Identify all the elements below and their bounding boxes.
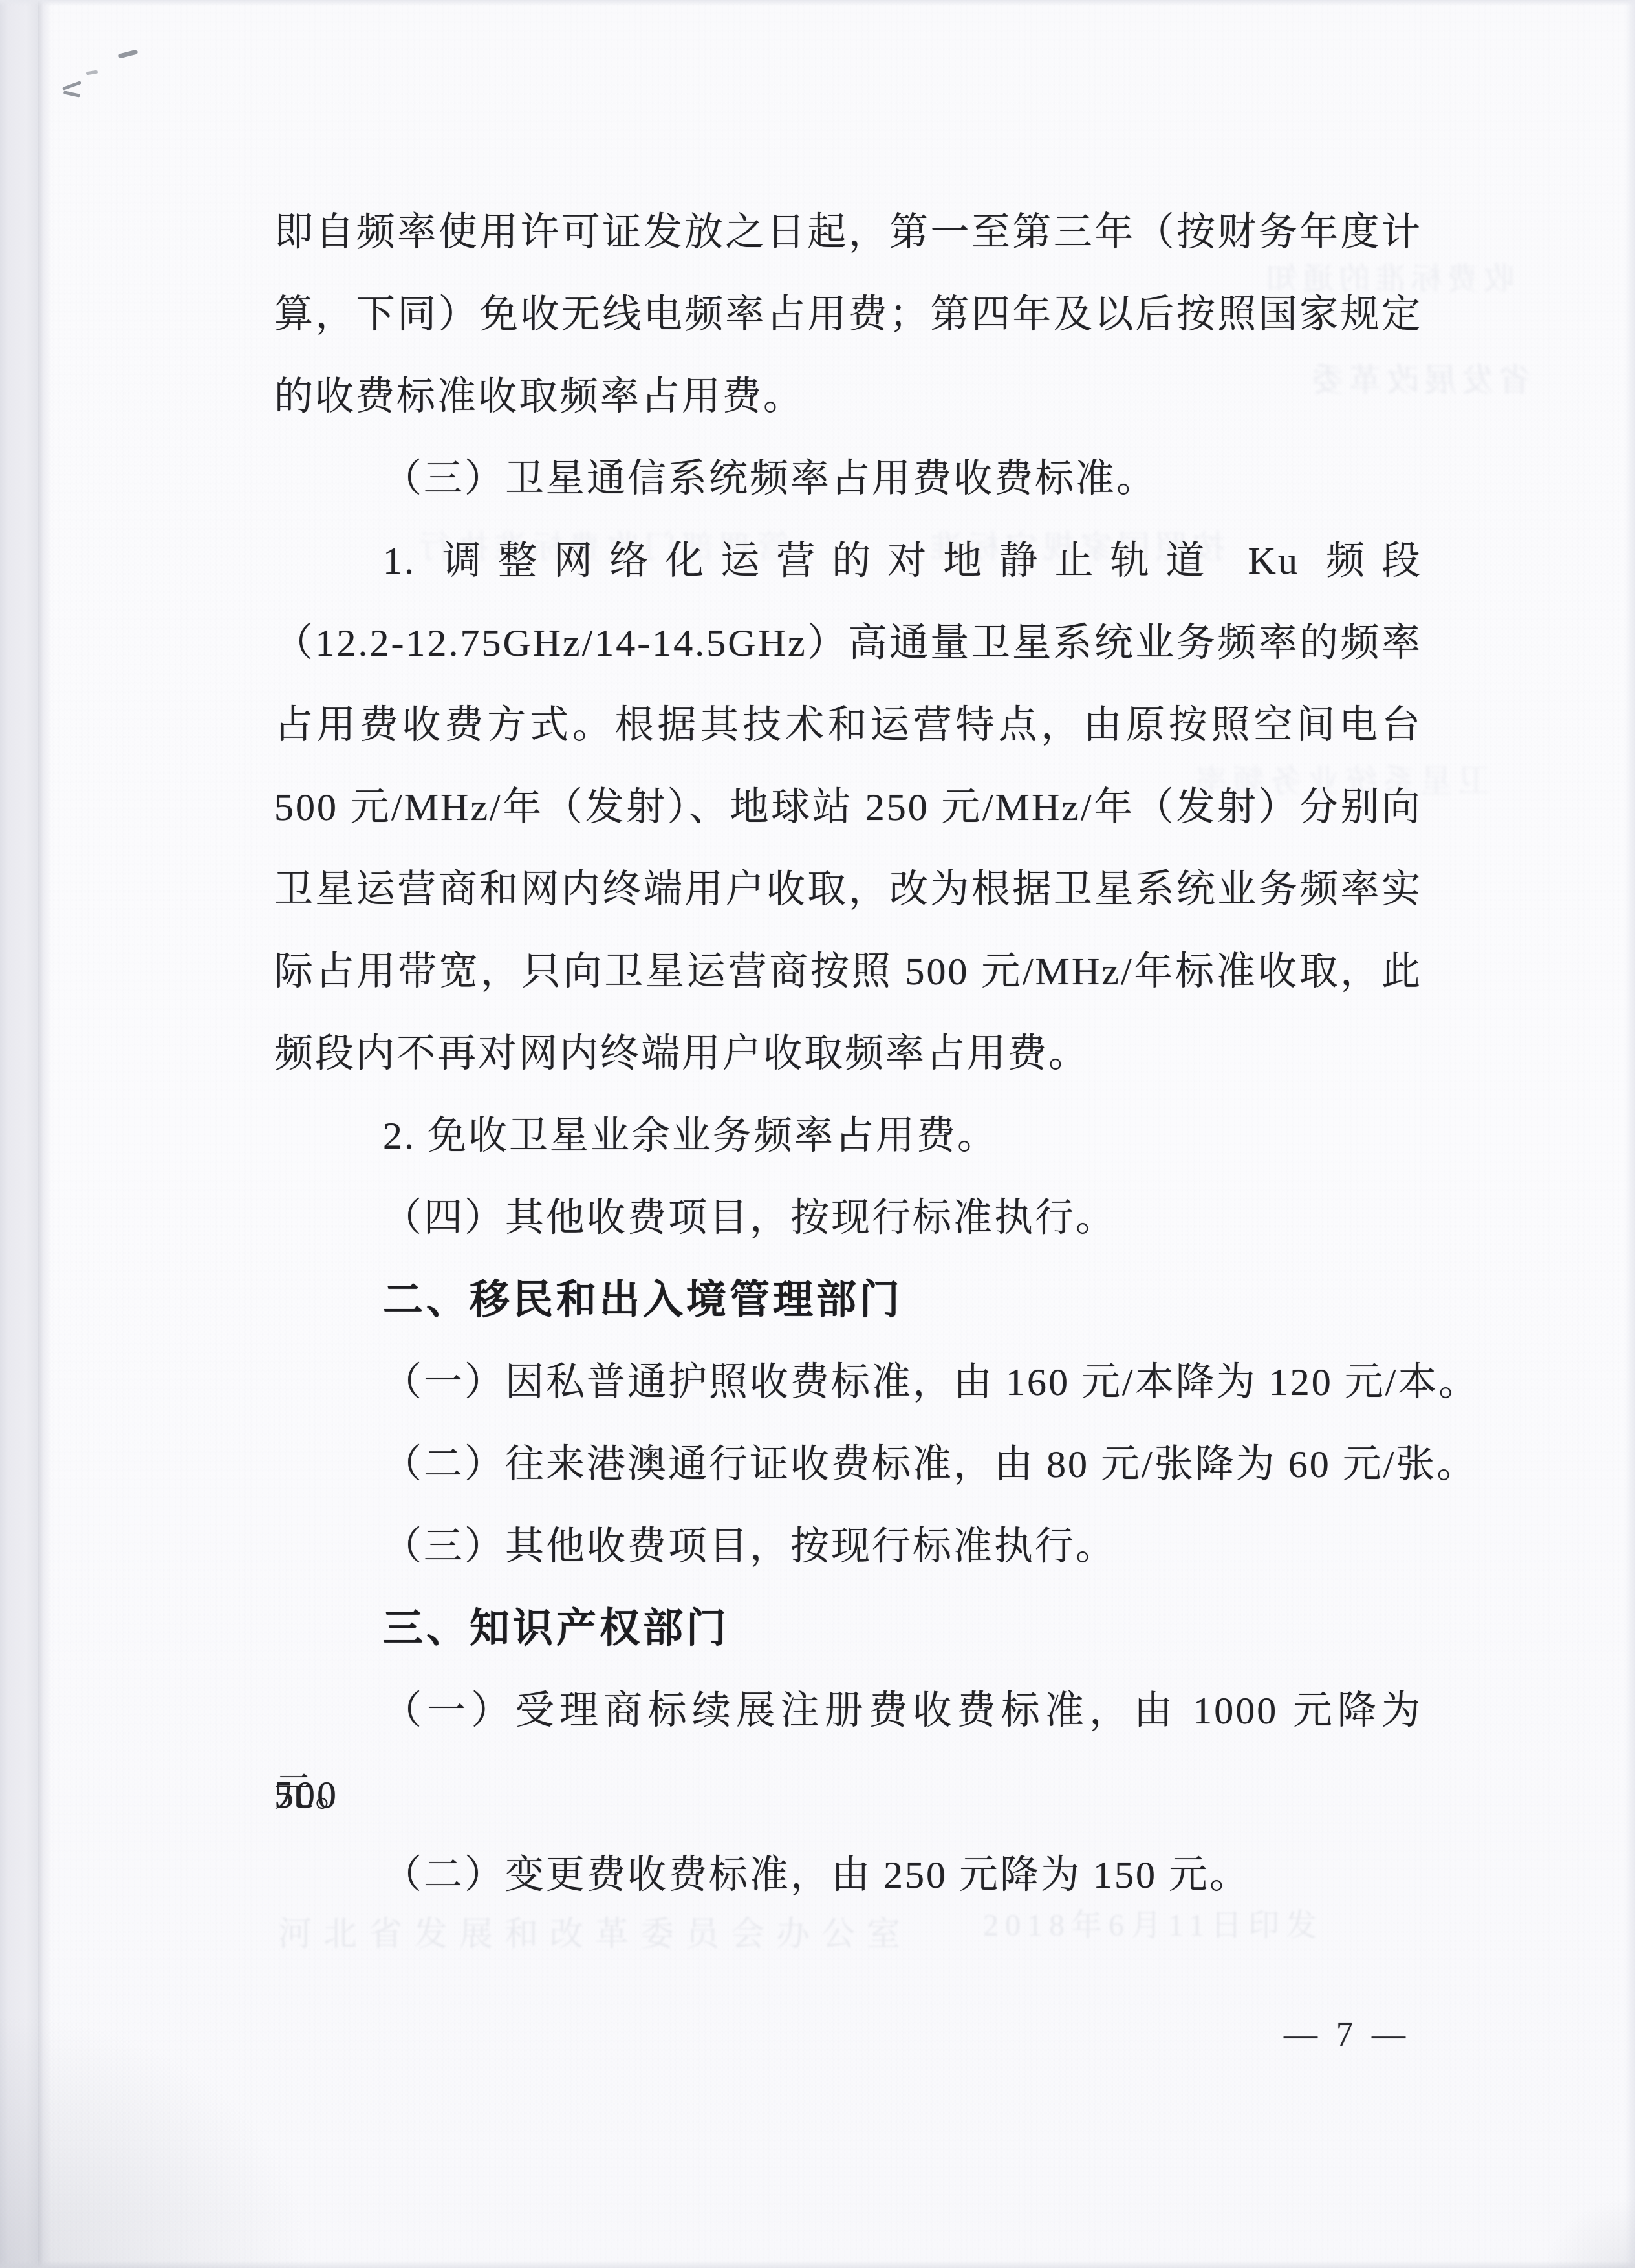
text-line: （二）往来港澳通行证收费标准，由 80 元/张降为 60 元/张。 — [274, 1422, 1422, 1504]
text-line: 2. 免收卫星业余业务频率占用费。 — [274, 1094, 1422, 1176]
text-line: 500 元/MHz/年（发射）、地球站 250 元/MHz/年（发射）分别向 — [274, 765, 1422, 847]
text-line: （三）其他收费项目，按现行标准执行。 — [274, 1504, 1422, 1586]
text-line: （四）其他收费项目，按现行标准执行。 — [274, 1176, 1422, 1258]
text-line: 的收费标准收取频率占用费。 — [274, 354, 1422, 437]
text-line: 卫星运营商和网内终端用户收取，改为根据卫星系统业务频率实 — [274, 847, 1422, 929]
scanned-document-page: { "document": { "lines": [ { "text": "即自… — [0, 0, 1635, 2268]
scanner-edge-top — [0, 0, 1635, 6]
corner-shadow-bottom-right — [1544, 2197, 1635, 2268]
corner-shadow-bottom-left — [0, 1983, 349, 2268]
text-line: 即自频率使用许可证发放之日起，第一至第三年（按财务年度计 — [274, 190, 1422, 272]
paper-torn-edge — [38, 0, 52, 2268]
text-line: （12.2-12.75GHz/14-14.5GHz）高通量卫星系统业务频率的频率 — [274, 601, 1422, 683]
text-line: （二）变更费收费标准，由 250 元降为 150 元。 — [274, 1833, 1422, 1915]
text-line: （一）因私普通护照收费标准，由 160 元/本降为 120 元/本。 — [274, 1340, 1422, 1422]
document-text: 即自频率使用许可证发放之日起，第一至第三年（按财务年度计算，下同）免收无线电频率… — [274, 190, 1422, 1915]
text-line: （三）卫星通信系统频率占用费收费标准。 — [274, 437, 1422, 519]
text-line: 频段内不再对网内终端用户收取频率占用费。 — [274, 1011, 1422, 1094]
scanner-edge-right — [1625, 0, 1635, 2268]
section-heading: 三、知识产权部门 — [274, 1586, 1422, 1669]
page-number: — 7 — — [1284, 2013, 1452, 2058]
section-heading: 二、移民和出入境管理部门 — [274, 1258, 1422, 1340]
text-line: 1. 调整网络化运营的对地静止轨道 Ku 频段 — [274, 519, 1422, 601]
text-line: 占用费收费方式。根据其技术和运营特点，由原按照空间电台 — [274, 683, 1422, 765]
text-line: 算，下同）免收无线电频率占用费；第四年及以后按照国家规定 — [274, 272, 1422, 354]
text-line: （一）受理商标续展注册费收费标准，由 1000 元降为 500 — [274, 1669, 1422, 1751]
text-line: 际占用带宽，只向卫星运营商按照 500 元/MHz/年标准收取，此 — [274, 929, 1422, 1011]
scanner-edge-left — [0, 0, 38, 2268]
text-line: 元。 — [274, 1751, 1422, 1833]
